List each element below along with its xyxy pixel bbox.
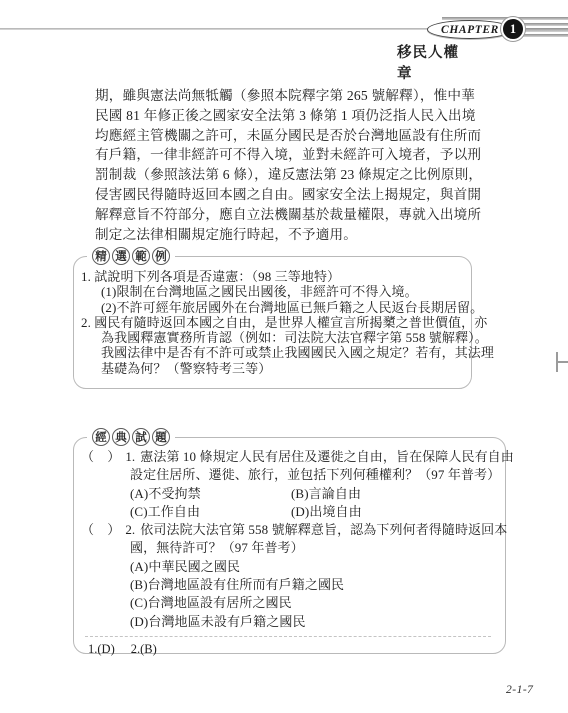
page-number: 2-1-7: [506, 684, 533, 696]
option-row: (D)台灣地區未設有戶籍之國民: [81, 613, 501, 631]
label-char: 經: [92, 428, 110, 446]
option-key: (D): [291, 504, 309, 519]
option-key: (D): [130, 614, 148, 629]
example-line: 2. 國民有隨時返回本國之自由，是世界人權宣言所揭櫫之普世價值，亦: [81, 315, 467, 330]
intro-line: 解釋意旨不符部分，應自立法機關基於裁量權限，專就入出境所: [95, 205, 485, 225]
option-label: 不受拘禁: [148, 486, 200, 501]
label-char: 試: [132, 428, 150, 446]
option-key: (A): [130, 559, 148, 574]
selected-examples-label: 精 選 範 例: [87, 247, 175, 265]
question-number: 2.: [125, 522, 135, 537]
option: (B)言論自由: [291, 486, 361, 501]
option-label: 台灣地區設有居所之國民: [148, 595, 292, 610]
intro-line: 罰制裁（參照該法第 6 條），違反憲法第 23 條規定之比例原則，: [95, 165, 485, 185]
example-line: (1)限制在台灣地區之國民出國後，非經許可不得入境。: [81, 284, 467, 299]
option-label: 台灣地區未設有戶籍之國民: [148, 614, 305, 629]
option-key: (A): [130, 486, 148, 501]
option: (C)台灣地區設有居所之國民: [130, 595, 292, 610]
selected-examples-content: 1. 試說明下列各項是否違憲：（98 三等地特） (1)限制在台灣地區之國民出國…: [74, 257, 471, 376]
classic-questions-box: 經 典 試 題 （ ）1.憲法第 10 條規定人民有居住及遷徙之自由，旨在保障人…: [73, 437, 506, 654]
option: (A)不受拘禁: [130, 485, 291, 503]
question-line: （ ）2.依司法院大法官第 558 號解釋意旨，認為下列何者得隨時返回本: [81, 521, 501, 539]
option-row: (C)工作自由(D)出境自由: [81, 503, 501, 521]
example-line: (2)不許可經年旅居國外在台灣地區已無戶籍之人民返台長期居留。: [81, 300, 467, 315]
question-stem: 國，無待許可？（97 年普考）: [81, 539, 501, 557]
answer-key: 1.(D)2.(B): [81, 637, 501, 655]
chapter-number: 1: [510, 22, 516, 37]
selected-examples-box: 精 選 範 例 1. 試說明下列各項是否違憲：（98 三等地特） (1)限制在台…: [73, 256, 472, 389]
example-line: 1. 試說明下列各項是否違憲：（98 三等地特）: [81, 269, 467, 284]
question-stem: 依司法院大法官第 558 號解釋意旨，認為下列何者得隨時返回本: [140, 522, 507, 537]
chapter-title: 移民人權章: [397, 41, 473, 83]
option: (A)中華民國之國民: [130, 559, 240, 574]
intro-line: 期，雖與憲法尚無牴觸（參照本院釋字第 265 號解釋），惟中華: [95, 86, 485, 106]
option-key: (C): [130, 504, 148, 519]
answer-key-item: 1.(D): [88, 642, 115, 656]
question-number: 1.: [125, 449, 135, 464]
chapter-number-circle: 1: [501, 17, 525, 41]
option-row: (C)台灣地區設有居所之國民: [81, 594, 501, 612]
example-line: 為我國釋憲實務所肯認（例如：司法院大法官釋字第 558 號解釋）。: [81, 330, 467, 345]
example-line: 我國法律中是否有不許可或禁止我國國民入國之規定？若有，其法理: [81, 345, 467, 360]
option-label: 出境自由: [309, 504, 361, 519]
answer-key-item: 2.(B): [131, 642, 157, 656]
option-label: 言論自由: [309, 486, 361, 501]
intro-line: 侵害國民得隨時返回本國之自由。國家安全法上揭規定，與首開: [95, 185, 485, 205]
option: (C)工作自由: [130, 503, 291, 521]
label-char: 題: [152, 428, 170, 446]
intro-line: 民國 81 年修正後之國家安全法第 3 條第 1 項仍泛指人民入出境: [95, 106, 485, 126]
option-key: (C): [130, 595, 148, 610]
label-char: 例: [152, 247, 170, 265]
book-page: CHAPTER 1 移民人權章 期，雖與憲法尚無牴觸（參照本院釋字第 265 號…: [0, 0, 568, 713]
chapter-badge-label: CHAPTER: [441, 24, 499, 36]
intro-paragraph: 期，雖與憲法尚無牴觸（參照本院釋字第 265 號解釋），惟中華 民國 81 年修…: [95, 86, 485, 244]
intro-line: 均應經主管機關之許可，未區分國民是否於台灣地區設有住所而: [95, 126, 485, 146]
answer-blank: （ ）: [81, 522, 120, 537]
answer-blank: （ ）: [81, 449, 120, 464]
option-row: (B)台灣地區設有住所而有戶籍之國民: [81, 576, 501, 594]
option-row: (A)中華民國之國民: [81, 558, 501, 576]
intro-line: 制定之法律相關規定施行時起，不予適用。: [95, 225, 485, 245]
option: (D)出境自由: [291, 504, 362, 519]
classic-questions-label: 經 典 試 題: [87, 428, 175, 446]
label-char: 精: [92, 247, 110, 265]
option-key: (B): [291, 486, 309, 501]
label-char: 典: [112, 428, 130, 446]
option-key: (B): [130, 577, 148, 592]
option-label: 工作自由: [148, 504, 200, 519]
option: (B)台灣地區設有住所而有戶籍之國民: [130, 577, 344, 592]
intro-line: 有戶籍，一律非經許可不得入境，並對未經許可入境者，予以刑: [95, 145, 485, 165]
label-char: 選: [112, 247, 130, 265]
question-line: （ ）1.憲法第 10 條規定人民有居住及遷徙之自由，旨在保障人民有自由: [81, 448, 501, 466]
option-label: 中華民國之國民: [148, 559, 240, 574]
classic-questions-content: （ ）1.憲法第 10 條規定人民有居住及遷徙之自由，旨在保障人民有自由 設定住…: [74, 438, 505, 655]
example-line: 基礎為何？（警察特考三等）: [81, 361, 467, 376]
margin-trim-mark: [556, 352, 568, 372]
question-stem: 憲法第 10 條規定人民有居住及遷徙之自由，旨在保障人民有自由: [140, 449, 514, 464]
label-char: 範: [132, 247, 150, 265]
question-stem: 設定住居所、遷徙、旅行，並包括下列何種權利？（97 年普考）: [81, 466, 501, 484]
option-label: 台灣地區設有住所而有戶籍之國民: [148, 577, 345, 592]
option: (D)台灣地區未設有戶籍之國民: [130, 614, 306, 629]
option-row: (A)不受拘禁(B)言論自由: [81, 485, 501, 503]
